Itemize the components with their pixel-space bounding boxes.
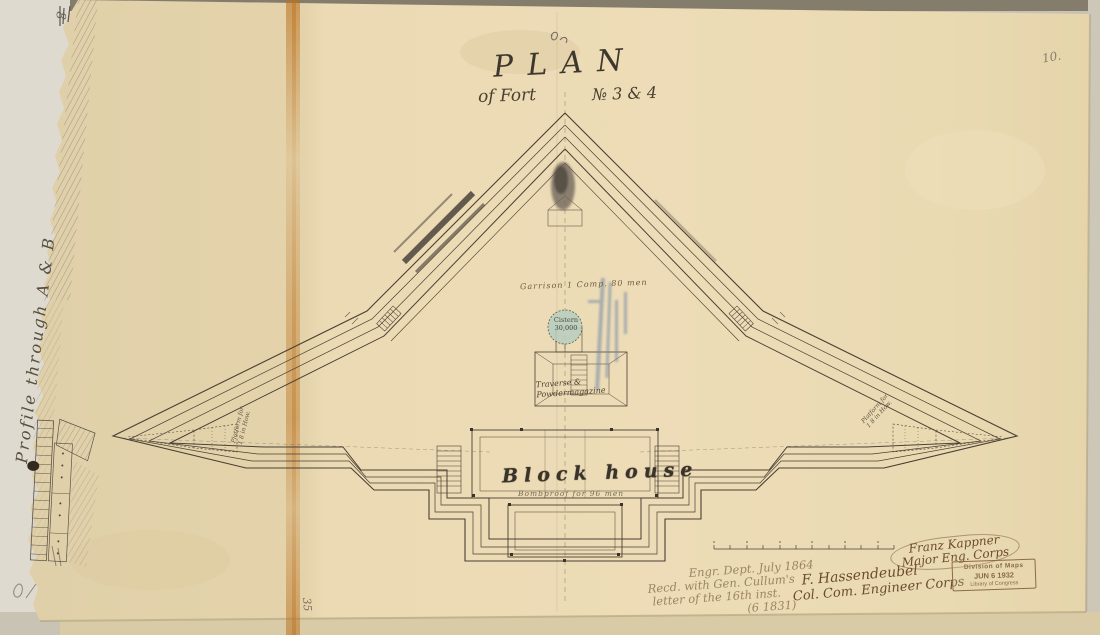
- blockhouse-sublabel: Bombproof for 96 men: [518, 489, 624, 498]
- cistern-label-line2: 30,000: [547, 324, 585, 332]
- cistern-label-line1: Cistern: [547, 316, 585, 324]
- library-of-congress-stamp: Division of Maps JUN 6 1932 Library of C…: [952, 559, 1037, 592]
- sheet-number-top-left: 8: [52, 11, 68, 21]
- paper-sheet: [28, 0, 1090, 621]
- scanned-fort-plan: 8 10. 35 Profile through A & B PLAN of F…: [0, 0, 1100, 635]
- fort-number: № 3 & 4: [592, 83, 658, 104]
- page-title-sub: of Fort: [478, 85, 537, 107]
- cistern-label: Cistern 30,000: [547, 316, 585, 332]
- sheet-number-bottom: 35: [300, 597, 314, 612]
